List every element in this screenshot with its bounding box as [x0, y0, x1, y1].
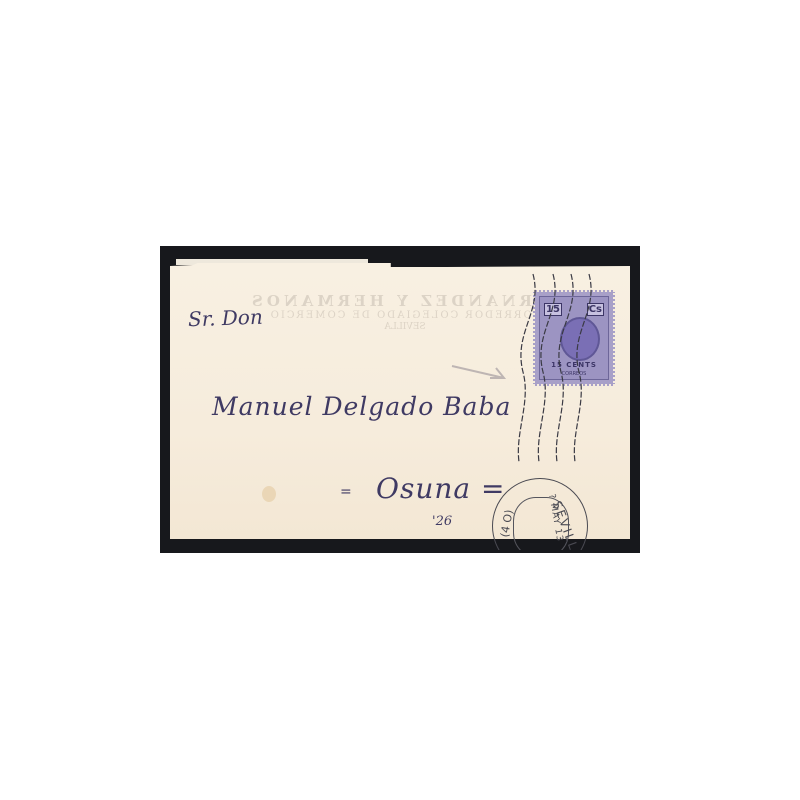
city-prefix: =: [340, 484, 352, 500]
paper-stain: [262, 486, 276, 502]
addressee-name: Manuel Delgado Baba: [212, 392, 511, 421]
wavy-cancellation-icon: [505, 272, 615, 472]
arrow-mark-icon: [450, 362, 508, 382]
destination-city: Osuna =: [376, 472, 505, 505]
postmark: SEVILLA (4 O) ? MAY 13: [492, 478, 588, 574]
salutation: Sr. Don: [188, 305, 264, 332]
annotation-number: '26: [432, 514, 452, 529]
